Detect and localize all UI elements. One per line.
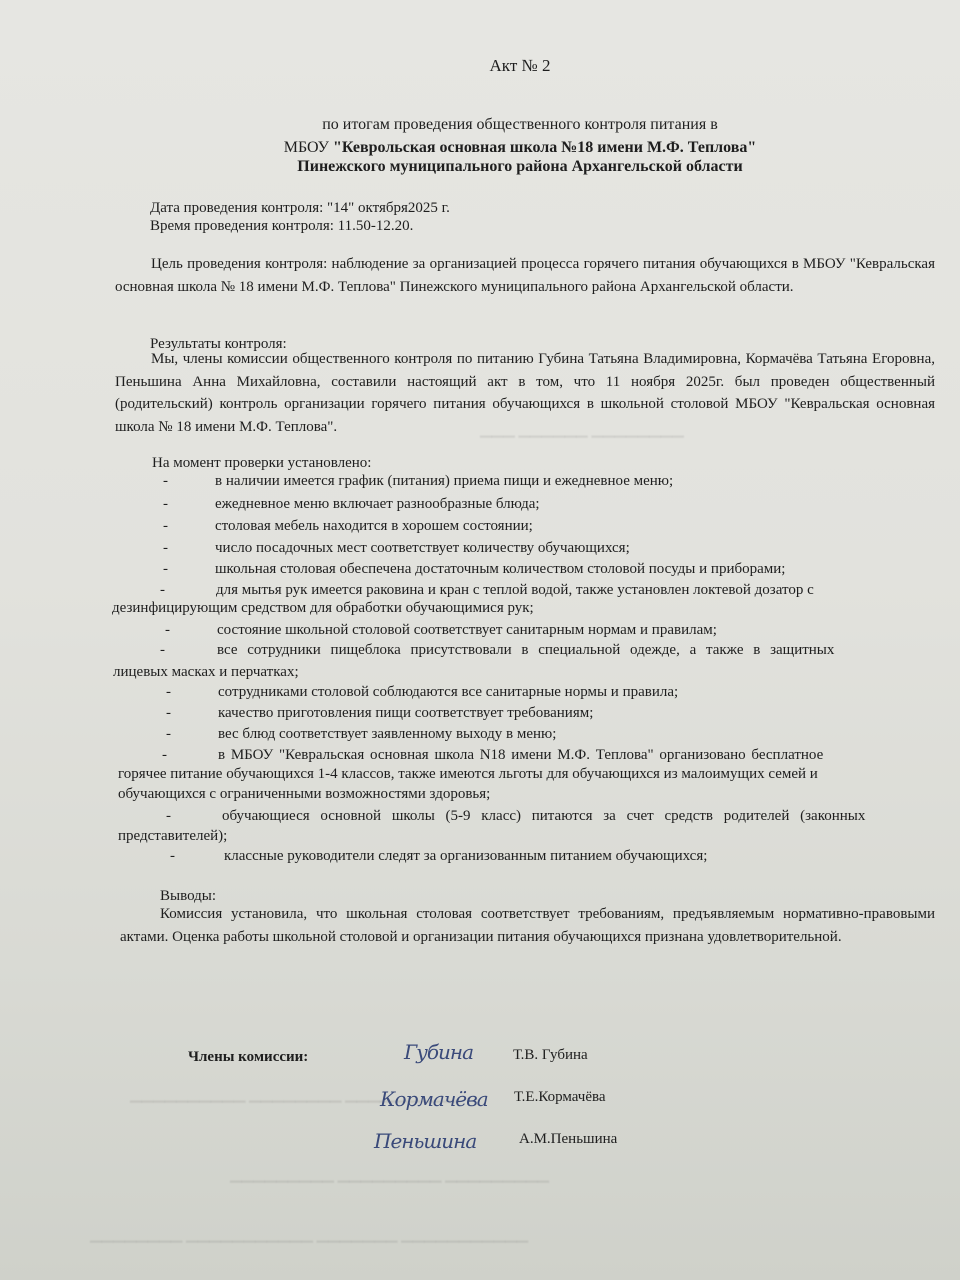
subtitle-line-3: Пинежского муниципального района Арханге… <box>0 158 960 176</box>
member-name-kormacheva: Т.Е.Кормачёва <box>514 1089 606 1106</box>
signature-penshina: Пеньшина <box>374 1129 476 1153</box>
results-paragraph: Мы, члены комиссии общественного контрол… <box>115 348 935 438</box>
goal-paragraph: Цель проведения контроля: наблюдение за … <box>115 253 935 298</box>
conclusions-text: Комиссия установила, что школьная столов… <box>120 906 935 945</box>
goal-text: Цель проведения контроля: наблюдение за … <box>115 256 935 295</box>
signature-kormacheva: Кормачёва <box>380 1087 488 1111</box>
findings-heading: На момент проверки установлено: <box>152 455 371 472</box>
list-item-continuation: лицевых масках и перчатках; <box>113 664 299 681</box>
list-item-continuation: представителей); <box>118 828 227 845</box>
control-time: Время проведения контроля: 11.50-12.20. <box>150 218 413 235</box>
document-page: ▁▁▁ ▁▁▁▁▁▁ ▁▁▁▁▁▁▁▁ ▁▁▁▁▁▁▁▁▁▁ ▁▁▁▁▁▁▁▁ … <box>0 0 960 1280</box>
member-name-gubina: Т.В. Губина <box>513 1047 588 1064</box>
bleed-through-text: ▁▁▁▁▁▁▁▁▁ ▁▁▁▁▁▁▁▁▁ ▁▁▁▁▁▁▁▁▁ <box>230 1165 549 1184</box>
list-item-continuation: обучающихся с ограниченными возможностям… <box>118 786 490 803</box>
school-name: "Кеврольская основная школа №18 имени М.… <box>333 139 756 156</box>
conclusions-paragraph: Комиссия установила, что школьная столов… <box>120 903 935 948</box>
list-item-continuation: горячее питание обучающихся 1-4 классов,… <box>118 766 818 783</box>
results-text: Мы, члены комиссии общественного контрол… <box>115 351 935 435</box>
control-date: Дата проведения контроля: "14" октября20… <box>150 200 450 217</box>
subtitle-line-2: МБОУ "Кеврольская основная школа №18 име… <box>0 139 960 157</box>
signature-gubina: Губина <box>404 1040 473 1064</box>
list-item-continuation: дезинфицирующим средством для обработки … <box>112 600 534 617</box>
signatures-label: Члены комиссии: <box>188 1049 308 1066</box>
document-title: Акт № 2 <box>0 56 960 76</box>
subtitle-line-1: по итогам проведения общественного контр… <box>0 116 960 134</box>
bleed-through-text: ▁▁▁▁▁▁▁▁ ▁▁▁▁▁▁▁▁▁▁▁ ▁▁▁▁▁▁▁ ▁▁▁▁▁▁▁▁▁▁▁ <box>90 1225 528 1244</box>
member-name-penshina: А.М.Пеньшина <box>519 1131 617 1148</box>
subtitle-prefix: МБОУ <box>284 139 333 156</box>
